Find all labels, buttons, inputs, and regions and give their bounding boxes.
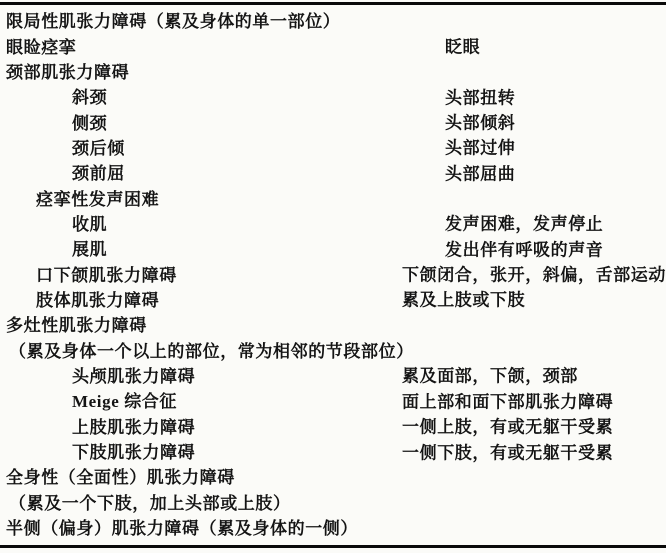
table-row: （累及身体一个以上的部位，常为相邻的节段部位） [0, 338, 666, 363]
table-row: 头颅肌张力障碍 累及面部，下颌，颈部 [0, 364, 666, 389]
row-right-text: 头部扭转 [445, 89, 515, 106]
table-row: 下肢肌张力障碍 一侧下肢，有或无躯干受累 [0, 440, 666, 465]
table-row: （累及一个下肢，加上头部或上肢） [0, 491, 666, 516]
table-row: Meige 综合征 面上部和面下部肌张力障碍 [0, 389, 666, 414]
row-right-text: 一侧上肢，有或无躯干受累 [402, 419, 613, 436]
row-left-text: 收肌 [0, 216, 107, 233]
row-left-text: 下肢肌张力障碍 [0, 444, 195, 461]
row-left-text: 颈部肌张力障碍 [0, 64, 129, 81]
table-row: 限局性肌张力障碍（累及身体的单一部位） [0, 9, 666, 34]
table-row: 口下颌肌张力障碍 下颌闭合，张开，斜偏，舌部运动 [0, 262, 666, 287]
table-row: 眼睑痉挛 眨眼 [0, 34, 666, 59]
table-row: 斜颈 头部扭转 [0, 85, 666, 110]
table-row: 颈前屈 头部屈曲 [0, 161, 666, 186]
row-right-text: 面上部和面下部肌张力障碍 [402, 393, 613, 410]
table-row: 展肌 发出伴有呼吸的声音 [0, 237, 666, 262]
table-row: 半侧（偏身）肌张力障碍（累及身体的一侧） [0, 516, 666, 541]
row-left-text: 多灶性肌张力障碍 [0, 317, 147, 334]
row-left-text: 肢体肌张力障碍 [0, 292, 159, 309]
row-left-text: 口下颌肌张力障碍 [0, 267, 177, 284]
row-right-text: 头部屈曲 [445, 165, 515, 182]
table-row: 颈部肌张力障碍 [0, 60, 666, 85]
row-left-text: 侧颈 [0, 115, 107, 132]
table-row: 颈后倾 头部过伸 [0, 136, 666, 161]
row-left-text: 半侧（偏身）肌张力障碍（累及身体的一侧） [0, 520, 358, 537]
table-bottom-rule [0, 545, 666, 548]
table-row: 收肌 发声困难，发声停止 [0, 212, 666, 237]
row-left-text: 上肢肌张力障碍 [0, 419, 195, 436]
row-right-text: 眨眼 [445, 39, 480, 56]
row-right-text: 发声困难，发声停止 [445, 216, 603, 233]
table-row: 全身性（全面性）肌张力障碍 [0, 465, 666, 490]
row-right-text: 一侧下肢，有或无躯干受累 [402, 444, 613, 461]
row-left-text: 展肌 [0, 241, 107, 258]
row-left-text: 痉挛性发声困难 [0, 191, 159, 208]
table-top-rule [0, 2, 666, 5]
row-right-text: 累及面部，下颌，颈部 [402, 368, 578, 385]
row-left-text: 全身性（全面性）肌张力障碍 [0, 469, 235, 486]
row-left-text: 限局性肌张力障碍（累及身体的单一部位） [0, 13, 340, 30]
table-row: 多灶性肌张力障碍 [0, 313, 666, 338]
row-left-text: （累及身体一个以上的部位，常为相邻的节段部位） [0, 343, 414, 360]
row-left-text: 颈前屈 [0, 165, 125, 182]
row-left-text: 头颅肌张力障碍 [0, 368, 195, 385]
row-left-text: 眼睑痉挛 [0, 39, 76, 56]
row-left-text: 斜颈 [0, 89, 107, 106]
row-right-text: 发出伴有呼吸的声音 [445, 241, 603, 258]
table-row: 痉挛性发声困难 [0, 186, 666, 211]
row-left-text: 颈后倾 [0, 140, 125, 157]
table-row: 侧颈 头部倾斜 [0, 110, 666, 135]
row-right-text: 头部过伸 [445, 140, 515, 157]
row-left-text: Meige 综合征 [0, 393, 177, 410]
row-left-text: （累及一个下肢，加上头部或上肢） [0, 495, 291, 512]
row-right-text: 头部倾斜 [445, 115, 515, 132]
row-right-text: 累及上肢或下肢 [402, 292, 525, 309]
table-body: 限局性肌张力障碍（累及身体的单一部位） 眼睑痉挛 眨眼 颈部肌张力障碍 斜颈 头… [0, 9, 666, 541]
table-row: 肢体肌张力障碍 累及上肢或下肢 [0, 288, 666, 313]
table-row: 上肢肌张力障碍 一侧上肢，有或无躯干受累 [0, 415, 666, 440]
scanned-document-page: 限局性肌张力障碍（累及身体的单一部位） 眼睑痉挛 眨眼 颈部肌张力障碍 斜颈 头… [0, 0, 666, 553]
row-right-text: 下颌闭合，张开，斜偏，舌部运动 [402, 267, 666, 284]
